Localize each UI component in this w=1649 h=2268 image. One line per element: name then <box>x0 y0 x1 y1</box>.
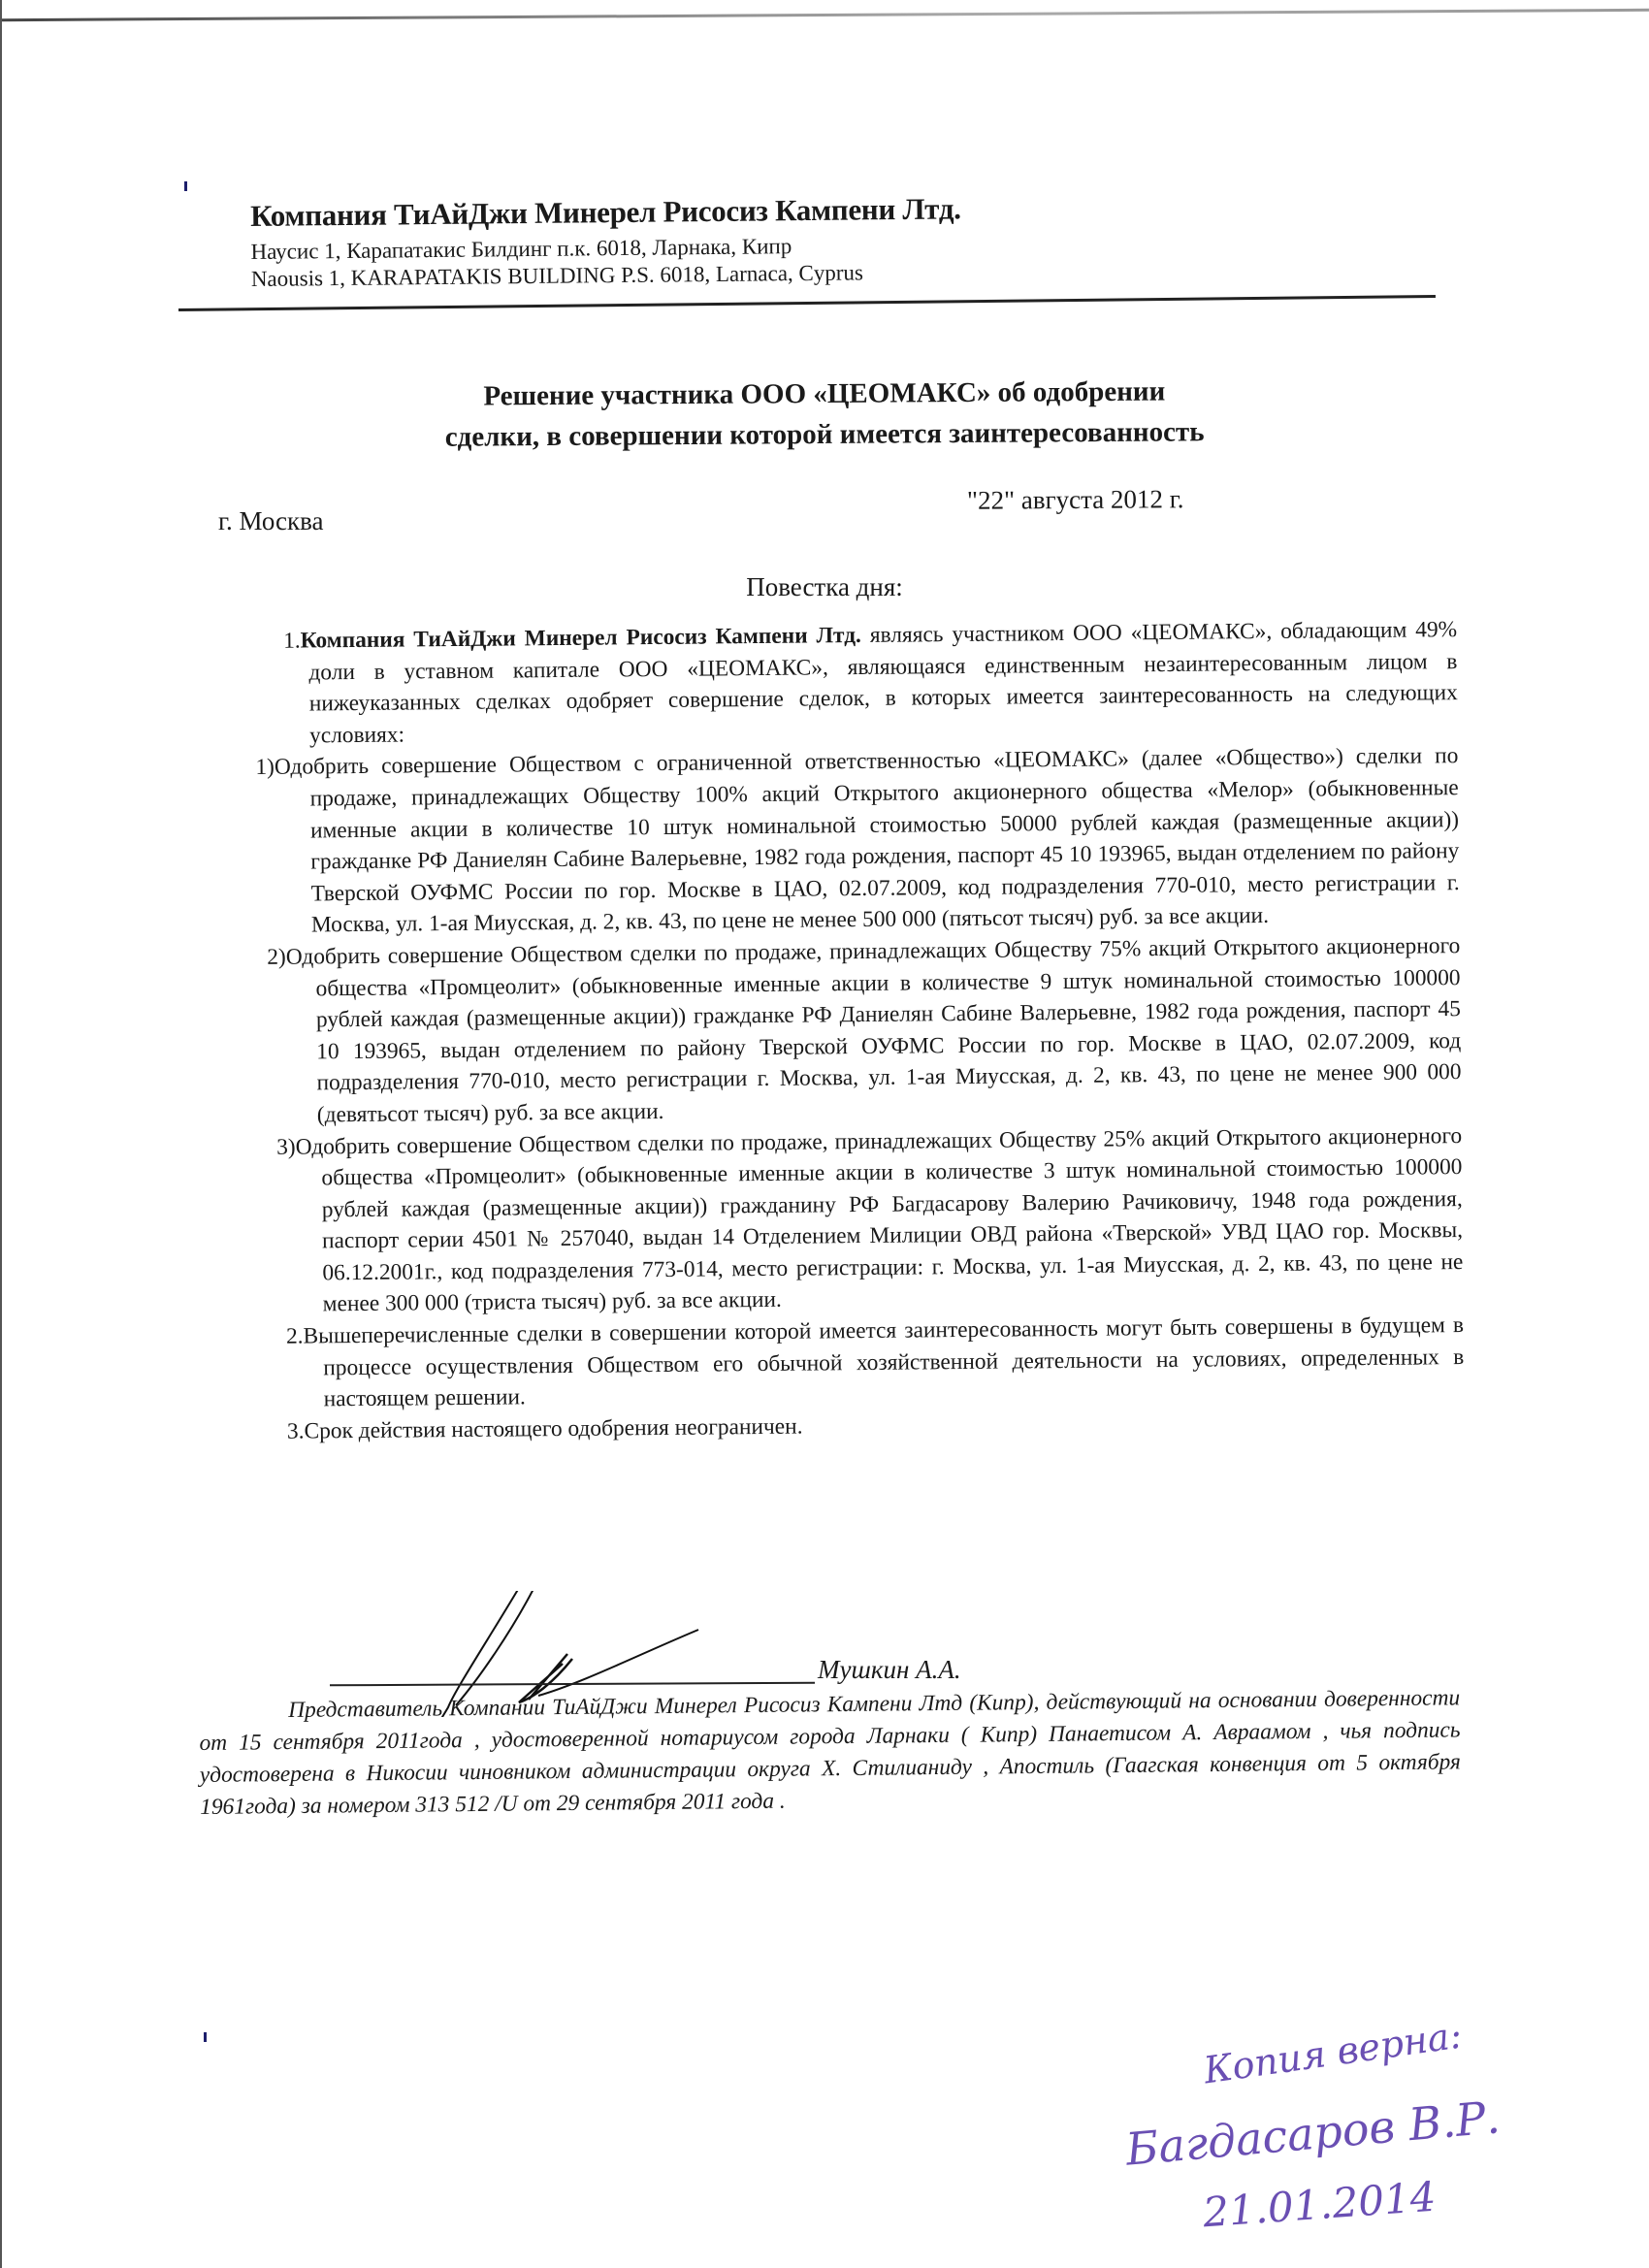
document-title: Решение участника ООО «ЦЕОМАКС» об одобр… <box>0 368 1649 461</box>
certification-date: 21.01.2014 <box>1202 2173 1438 2237</box>
ink-speck <box>204 2032 207 2042</box>
item-number: 3. <box>287 1418 305 1443</box>
representative-text: Представитель Компании ТиАйДжи Минерел Р… <box>199 1682 1461 1824</box>
sub-item-text: Одобрить совершение Обществом сделки по … <box>286 933 1462 1127</box>
letterhead-company: Компания ТиАйДжи Минерел Рисосиз Кампени… <box>250 191 961 234</box>
item-number: 1. <box>283 629 301 654</box>
certifier-name: Багдасаров В.Р. <box>1123 2090 1502 2176</box>
letterhead-address-en: Naousis 1, KARAPATAKIS BUILDING P.S. 601… <box>251 259 962 292</box>
sub-item-1: 1)Одобрить совершение Обществом с ограни… <box>255 740 1460 941</box>
document-date: "22" августа 2012 г. <box>967 484 1184 516</box>
letterhead-divider <box>178 295 1436 311</box>
sub-item-text: Одобрить совершение Обществом с ограниче… <box>275 743 1460 937</box>
ink-speck <box>184 181 187 191</box>
place: г. Москва <box>218 506 324 536</box>
item-number: 2. <box>286 1324 304 1349</box>
scan-edge-top <box>0 9 1649 21</box>
agenda-item-2: 2.Вышеперечисленные сделки в совершении … <box>261 1310 1465 1416</box>
certified-copy-label: Копия верна: <box>1201 2014 1464 2092</box>
agenda-item-1: 1.Компания ТиАйДжи Минерел Рисосиз Кампе… <box>254 614 1458 752</box>
sub-item-2: 2)Одобрить совершение Обществом сделки п… <box>257 930 1462 1131</box>
signer-name: Мушкин А.А. <box>818 1655 961 1685</box>
sub-item-number: 3) <box>276 1134 296 1159</box>
representative-statement: Представитель Компании ТиАйДжи Минерел Р… <box>199 1682 1461 1824</box>
letterhead: Компания ТиАйДжи Минерел Рисосиз Кампени… <box>250 191 961 294</box>
sub-item-3: 3)Одобрить совершение Обществом сделки п… <box>259 1120 1464 1321</box>
document-body: 1.Компания ТиАйДжи Минерел Рисосиз Кампе… <box>254 614 1465 1447</box>
item-text: Срок действия настоящего одобрения неогр… <box>304 1413 802 1443</box>
sub-item-text: Одобрить совершение Обществом сделки по … <box>296 1123 1464 1317</box>
item-bold-lead: Компания ТиАйДжи Минерел Рисосиз Кампени… <box>301 623 861 654</box>
item-text: Вышеперечисленные сделки в совершении ко… <box>303 1312 1464 1411</box>
certified-copy-note: Копия верна: Багдасаров В.Р. 21.01.2014 <box>1125 2018 1591 2221</box>
sub-item-number: 1) <box>255 755 275 780</box>
scan-edge-left <box>0 0 2 2268</box>
agenda-heading: Повестка дня: <box>0 572 1649 602</box>
sub-item-number: 2) <box>267 945 286 970</box>
